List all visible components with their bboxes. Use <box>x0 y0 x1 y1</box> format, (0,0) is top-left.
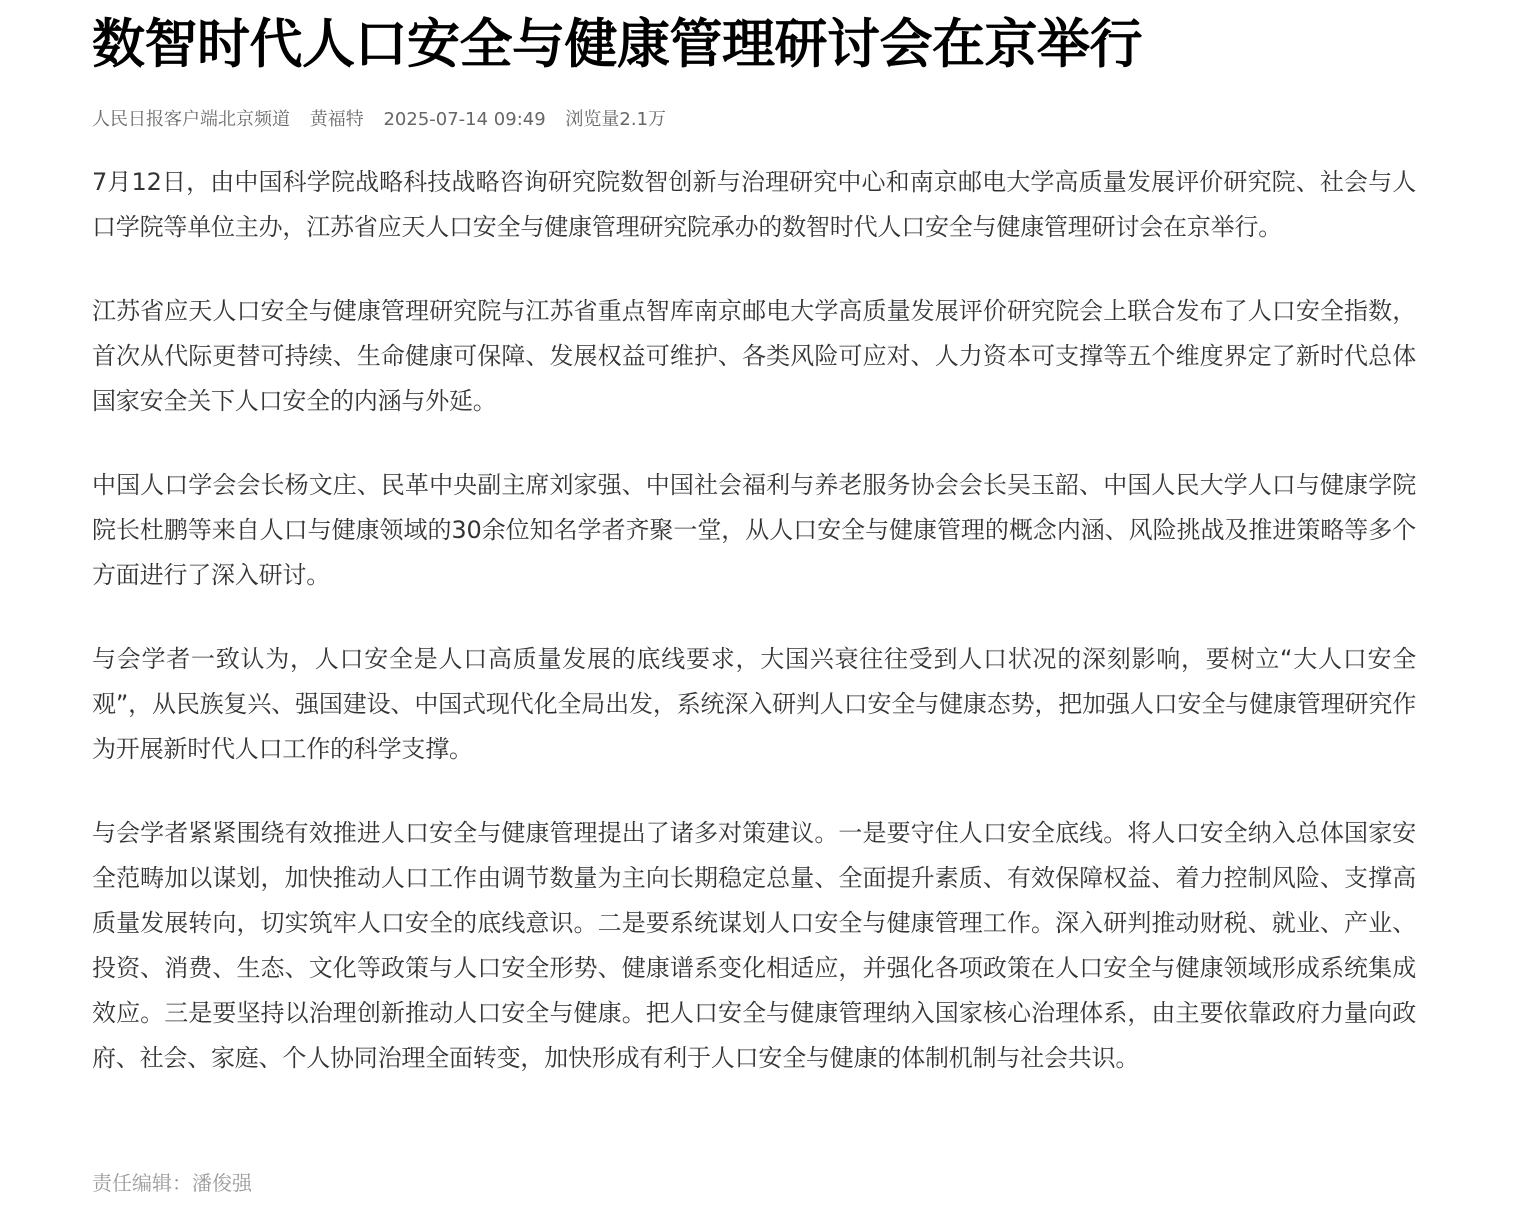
source-link[interactable]: 人民日报客户端北京频道 <box>92 109 290 130</box>
responsible-editor: 责任编辑：潘俊强 <box>92 1168 252 1198</box>
article-title: 数智时代人口安全与健康管理研讨会在京举行 <box>92 0 1416 78</box>
paragraph-4: 与会学者一致认为，人口安全是人口高质量发展的底线要求，大国兴衰往往受到人口状况的… <box>92 637 1416 772</box>
article-body: 7月12日，由中国科学院战略科技战略咨询研究院数智创新与治理研究中心和南京邮电大… <box>92 160 1416 1081</box>
view-count: 浏览量2.1万 <box>565 109 666 130</box>
article: 数智时代人口安全与健康管理研讨会在京举行 人民日报客户端北京频道 黄福特 202… <box>92 0 1416 1120</box>
publish-datetime: 2025-07-14 09:49 <box>383 109 545 130</box>
paragraph-2: 江苏省应天人口安全与健康管理研究院与江苏省重点智库南京邮电大学高质量发展评价研究… <box>92 289 1416 424</box>
paragraph-3: 中国人口学会会长杨文庄、民革中央副主席刘家强、中国社会福利与养老服务协会会长吴玉… <box>92 463 1416 598</box>
paragraph-5: 与会学者紧紧围绕有效推进人口安全与健康管理提出了诸多对策建议。一是要守住人口安全… <box>92 811 1416 1081</box>
author-name: 黄福特 <box>310 109 364 130</box>
paragraph-1: 7月12日，由中国科学院战略科技战略咨询研究院数智创新与治理研究中心和南京邮电大… <box>92 160 1416 250</box>
article-meta: 人民日报客户端北京频道 黄福特 2025-07-14 09:49 浏览量2.1万 <box>92 108 1416 132</box>
